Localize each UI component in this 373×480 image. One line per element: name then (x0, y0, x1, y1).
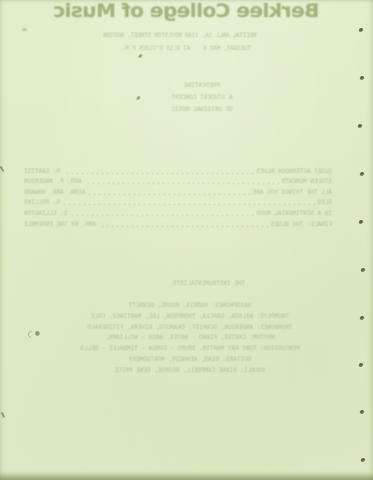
piece-title: IN A SENTIMENTAL MOOD (256, 211, 332, 217)
program-row: ALL THE THINGS YOU ARE KERN, ARR. HOWARD (24, 185, 332, 196)
scanned-program-back-page: Berklee College of Music RECITAL HALL 1A… (0, 0, 373, 480)
piece-title: STOLEN MOMENTS (282, 179, 332, 185)
piece-title: ALL THE THINGS YOU ARE (253, 190, 332, 196)
piece-title: OLEO (318, 200, 332, 206)
personnel-list: SAXOPHONES: HARRIS, MOORE, BENNETT TRUMP… (7, 303, 373, 379)
dotted-leader (85, 183, 279, 184)
dotted-leader (88, 194, 250, 195)
composer-credit: KERN, ARR. HOWARD (24, 190, 85, 196)
composer-credit: R. SANTISI (24, 169, 60, 175)
program-row: IN A SENTIMENTAL MOOD D. ELLINGTON (24, 206, 332, 217)
date-time-line: TUESDAY, MAY 6 AT 8:15 O'CLOCK P.M. (0, 46, 373, 52)
masthead-title: Berklee College of Music (0, 1, 373, 26)
piece-title: QUIET AFTERNOON BLUES (256, 169, 332, 175)
program-row: FINALE: THE BLUES ARR. BY THE ENSEMBLE (24, 217, 332, 228)
program-row: OLEO S. ROLLINS (24, 196, 332, 207)
composer-credit: S. ROLLINS (24, 200, 60, 206)
personnel-line: TRUMPETS: WILSON, GARCIA, THOMPSON, LEE,… (7, 314, 373, 325)
personnel-heading: THE INSTRUMENTALISTS (45, 281, 373, 287)
time-segment: AT 8:15 O'CLOCK P.M. (122, 46, 190, 52)
program-row: QUIET AFTERNOON BLUES R. SANTISI (24, 164, 332, 175)
dotted-leader (63, 204, 315, 205)
address-line: RECITAL HALL 1A, 1140 BOYLSTON STREET, B… (0, 33, 360, 39)
intro-block: PRESENTING A STUDENT CONCERT OF ORIGINAL… (31, 83, 373, 119)
program-row: STOLEN MOMENTS ARR. P. ANDERSON (24, 175, 332, 186)
intro-line: OF ORIGINAL MUSIC (31, 107, 373, 119)
program-list: QUIET AFTERNOON BLUES R. SANTISI STOLEN … (24, 164, 332, 228)
dotted-leader (63, 173, 253, 174)
dotted-leader (99, 226, 268, 227)
composer-credit: ARR. BY THE ENSEMBLE (24, 222, 96, 228)
piece-title: FINALE: THE BLUES (271, 222, 332, 228)
composer-credit: ARR. P. ANDERSON (24, 179, 82, 185)
personnel-line: VOCALS: DIANE CAMPBELL, GEORGE, GENE PRI… (7, 368, 373, 379)
showthrough-layer: Berklee College of Music RECITAL HALL 1A… (0, 0, 373, 480)
date-segment: TUESDAY, MAY 6 (203, 46, 251, 52)
dotted-leader (70, 215, 253, 216)
composer-credit: D. ELLINGTON (24, 211, 67, 217)
